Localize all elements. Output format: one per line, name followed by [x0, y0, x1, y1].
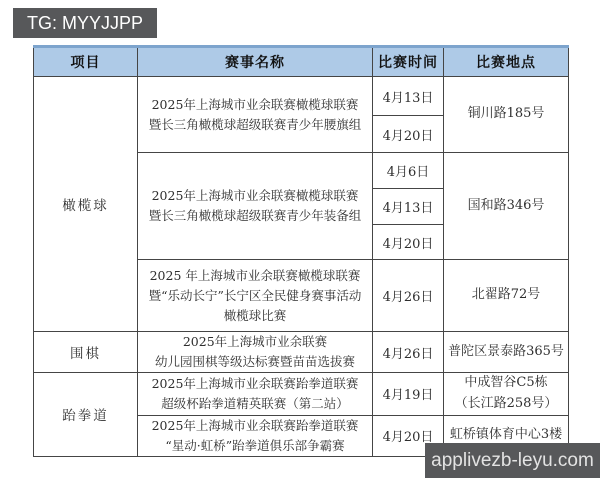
venue-cell: 北翟路72号 — [444, 260, 569, 332]
header-cell-venue: 比赛地点 — [444, 47, 569, 77]
event-cell: 2025年上海城市业余联赛橄榄球联赛 暨长三角橄榄球超级联赛青少年腰旗组 — [138, 77, 373, 153]
time-cell: 4月13日 — [373, 77, 444, 116]
header-cell-project: 项目 — [34, 47, 138, 77]
table-row: 橄榄球 2025年上海城市业余联赛橄榄球联赛 暨长三角橄榄球超级联赛青少年腰旗组… — [34, 77, 569, 116]
event-cell: 2025年上海城市业余联赛 幼儿园围棋等级达标赛暨苗苗选拔赛 — [138, 332, 373, 373]
time-cell: 4月19日 — [373, 373, 444, 416]
time-cell: 4月6日 — [373, 153, 444, 189]
venue-cell: 国和路346号 — [444, 153, 569, 260]
event-cell: 2025年上海城市业余联赛跆拳道联赛 “星动·虹桥”跆拳道俱乐部争霸赛 — [138, 415, 373, 456]
project-cell-go: 围棋 — [34, 332, 138, 373]
time-cell: 4月20日 — [373, 116, 444, 153]
time-cell: 4月26日 — [373, 332, 444, 373]
event-cell: 2025 年上海城市业余联赛橄榄球联赛 暨“乐动长宁”长宁区全民健身赛事活动 橄… — [138, 260, 373, 332]
venue-cell: 中成智谷C5栋 （长江路258号） — [444, 373, 569, 416]
venue-cell: 铜川路185号 — [444, 77, 569, 153]
header-row: 项目 赛事名称 比赛时间 比赛地点 — [34, 47, 569, 77]
tg-badge: TG: MYYJJPP — [13, 8, 157, 38]
time-cell: 4月13日 — [373, 189, 444, 225]
project-cell-taekwondo: 跆拳道 — [34, 373, 138, 457]
table-row: 围棋 2025年上海城市业余联赛 幼儿园围棋等级达标赛暨苗苗选拔赛 4月26日 … — [34, 332, 569, 373]
event-cell: 2025年上海城市业余联赛跆拳道联赛 超级杯跆拳道精英联赛（第二站） — [138, 373, 373, 416]
event-cell: 2025年上海城市业余联赛橄榄球联赛 暨长三角橄榄球超级联赛青少年装备组 — [138, 153, 373, 260]
header-cell-event: 赛事名称 — [138, 47, 373, 77]
events-table: 项目 赛事名称 比赛时间 比赛地点 橄榄球 2025年上海城市业余联赛橄榄球联赛… — [33, 45, 569, 457]
project-cell-rugby: 橄榄球 — [34, 77, 138, 332]
time-cell: 4月26日 — [373, 260, 444, 332]
header-cell-time: 比赛时间 — [373, 47, 444, 77]
watermark-label: applivezb-leyu.com — [425, 443, 600, 478]
venue-cell: 普陀区景泰路365号 — [444, 332, 569, 373]
time-cell: 4月20日 — [373, 225, 444, 260]
table-row: 跆拳道 2025年上海城市业余联赛跆拳道联赛 超级杯跆拳道精英联赛（第二站） 4… — [34, 373, 569, 416]
